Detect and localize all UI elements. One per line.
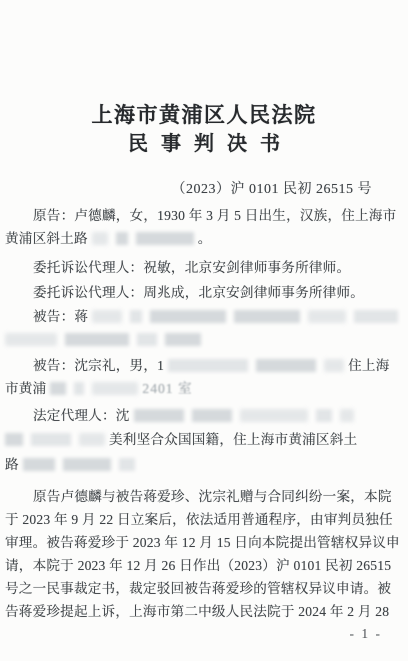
text-line-main-3: 审理。被告蒋爱珍于 2023 年 12 月 15 日向本院提出管辖权异议申 bbox=[5, 533, 408, 552]
redaction-block bbox=[63, 458, 111, 471]
text-line-agent-1: 委托诉讼代理人：祝敏，北京安剑律师事务所律师。 bbox=[5, 258, 408, 277]
redaction-block bbox=[150, 310, 226, 323]
redaction-block bbox=[23, 458, 55, 471]
agent1-text: 委托诉讼代理人：祝敏，北京安剑律师事务所律师。 bbox=[33, 260, 350, 275]
redaction-block bbox=[79, 433, 105, 446]
redaction-block bbox=[92, 382, 138, 395]
judgment-document-page: 上海市黄浦区人民法院 民事判决书 （2023）沪 0101 民初 26515 号… bbox=[0, 0, 408, 661]
main-text-1: 原告卢德麟与被告蒋爱珍、沈宗礼赠与合同纠纷一案，本院 bbox=[33, 489, 392, 504]
text-line-main-1: 原告卢德麟与被告蒋爱珍、沈宗礼赠与合同纠纷一案，本院 bbox=[5, 487, 408, 506]
redaction-block bbox=[354, 310, 398, 323]
text-line-defendant2-1: 被告：沈宗礼，男，1住上海 bbox=[5, 356, 408, 375]
redaction-block bbox=[130, 310, 142, 323]
redaction-block bbox=[65, 333, 129, 346]
redaction-block bbox=[134, 409, 184, 422]
redaction-block bbox=[240, 409, 308, 422]
main-text-2: 于 2023 年 9 月 22 日立案后，依法适用普通程序，由审判员独任 bbox=[5, 512, 393, 527]
text-line-defendant1-1: 被告：蒋 bbox=[5, 307, 408, 326]
redaction-block bbox=[136, 232, 194, 245]
redaction-block bbox=[74, 382, 84, 395]
text-line-agent-2: 委托诉讼代理人：周兆成，北京安剑律师事务所律师。 bbox=[5, 283, 408, 302]
defendant1-prefix: 被告：蒋 bbox=[33, 309, 88, 324]
main-text-6: 告蒋爱珍提起上诉，上海市第二中级人民法院于 2024 年 2 月 28 bbox=[5, 604, 389, 619]
redaction-block bbox=[168, 359, 248, 372]
redaction-block bbox=[50, 382, 66, 395]
redaction-block bbox=[192, 409, 232, 422]
case-number: （2023）沪 0101 民初 26515 号 bbox=[0, 178, 372, 198]
text-line-main-6: 告蒋爱珍提起上诉，上海市第二中级人民法院于 2024 年 2 月 28 bbox=[5, 602, 408, 621]
document-type-title: 民事判决书 bbox=[0, 127, 408, 156]
plaintiff-address-suffix: 。 bbox=[198, 231, 212, 246]
redaction-block bbox=[340, 409, 354, 422]
court-name: 上海市黄浦区人民法院 bbox=[0, 99, 408, 129]
text-line-main-4: 请，本院于 2023 年 12 月 26 日作出（2023）沪 0101 民初 … bbox=[5, 556, 408, 575]
redaction-block bbox=[92, 310, 122, 323]
redaction-block bbox=[31, 433, 71, 446]
main-text-3: 审理。被告蒋爱珍于 2023 年 12 月 15 日向本院提出管辖权异议申 bbox=[5, 535, 400, 550]
main-text-4: 请，本院于 2023 年 12 月 26 日作出（2023）沪 0101 民初 … bbox=[5, 558, 391, 573]
redaction-block bbox=[165, 333, 201, 346]
redaction-block bbox=[119, 458, 135, 471]
agent2-text: 委托诉讼代理人：周兆成，北京安剑律师事务所律师。 bbox=[33, 285, 364, 300]
defendant2-prefix: 被告：沈宗礼，男，1 bbox=[33, 358, 164, 373]
defendant2-line2-prefix: 市黄浦 bbox=[5, 381, 46, 396]
redaction-block bbox=[324, 359, 344, 372]
redaction-block bbox=[256, 359, 316, 372]
redaction-block bbox=[316, 409, 332, 422]
text-line-legalrep-2: 美利坚合众国国籍，住上海市黄浦区斜土 bbox=[5, 430, 408, 449]
legalrep-address-prefix: 路 bbox=[5, 457, 19, 472]
redaction-block bbox=[5, 433, 23, 446]
redaction-block bbox=[137, 333, 157, 346]
text-line-plaintiff-2: 黄浦区斜土路。 bbox=[5, 229, 408, 248]
legalrep-nationality-text: 美利坚合众国国籍，住上海市黄浦区斜土 bbox=[109, 432, 357, 447]
faint-text-address: 2401 室 bbox=[142, 381, 192, 396]
redaction-block bbox=[5, 333, 57, 346]
redaction-block bbox=[116, 232, 128, 245]
page-number: - 1 - bbox=[0, 626, 382, 642]
defendant2-suffix: 住上海 bbox=[348, 358, 389, 373]
redaction-block bbox=[308, 310, 346, 323]
text-line-main-5: 号之一民事裁定书，裁定驳回被告蒋爱珍的管辖权异议申请。被 bbox=[5, 579, 408, 598]
text-line-legalrep-3: 路 bbox=[5, 455, 408, 474]
redaction-block bbox=[92, 232, 108, 245]
plaintiff-address-prefix: 黄浦区斜土路 bbox=[5, 231, 88, 246]
text-line-plaintiff-1: 原告：卢德麟，女，1930 年 3 月 5 日出生，汉族，住上海市 bbox=[5, 206, 408, 225]
text-line-defendant2-2: 市黄浦2401 室 bbox=[5, 379, 408, 398]
redaction-block bbox=[234, 310, 300, 323]
text-line-main-2: 于 2023 年 9 月 22 日立案后，依法适用普通程序，由审判员独任 bbox=[5, 510, 408, 529]
legalrep-prefix: 法定代理人：沈 bbox=[33, 408, 130, 423]
main-text-5: 号之一民事裁定书，裁定驳回被告蒋爱珍的管辖权异议申请。被 bbox=[5, 581, 391, 596]
text-line-defendant1-2 bbox=[5, 330, 408, 349]
text-line-legalrep-1: 法定代理人：沈 bbox=[5, 406, 408, 425]
plaintiff-text: 原告：卢德麟，女，1930 年 3 月 5 日出生，汉族，住上海市 bbox=[33, 208, 396, 223]
